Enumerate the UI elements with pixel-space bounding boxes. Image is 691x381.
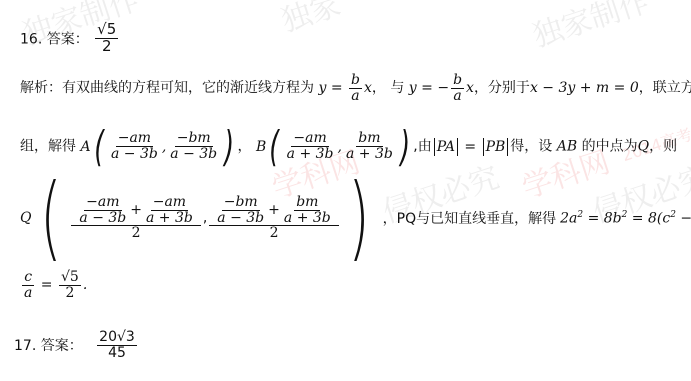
q17-answer: 17. 答案： 20√3 45 — [14, 330, 139, 360]
line2-mid: 由 — [418, 139, 432, 155]
q17-fraction: 20√3 45 — [97, 330, 137, 360]
q17-label: 17. 答案： — [14, 338, 83, 354]
point-Q-label: Q — [638, 139, 649, 155]
asymptote-2: y = −bax — [409, 80, 474, 96]
conj: 与 — [390, 80, 404, 96]
q16-label: 16. 答案： — [20, 31, 89, 47]
abs-equation: PA = PB — [432, 139, 511, 155]
midpoint-text: 的中点为 — [582, 139, 638, 155]
watermark: 独家制作 — [526, 0, 654, 55]
equation-chain: 2a2 = 8b2 = 8(c2 − a2) — [560, 210, 691, 227]
q-y-coord: −bma − 3b+bma + 3b 2 — [209, 195, 338, 241]
point-B: B(−ama + 3b,bma + 3b) — [256, 139, 413, 155]
q17-denominator: 45 — [106, 346, 128, 361]
q16-denominator: 2 — [100, 39, 114, 55]
line3-mid: PQ与已知直线垂直，解得 — [397, 208, 556, 228]
line1-suffix: ，分别于 — [474, 80, 530, 96]
line1-end: ，联立方程 — [639, 80, 691, 96]
q16-answer: 16. 答案： √5 2 — [20, 22, 120, 55]
analysis-prefix: 解析：有双曲线的方程可知，它的渐近线方程为 — [20, 80, 314, 96]
line2-suffix: 得，设 — [510, 139, 552, 155]
segment-AB: AB — [557, 139, 577, 155]
q-x-coord: −ama − 3b+−ama + 3b 2 — [71, 195, 200, 241]
conclusion: ca = √52. — [20, 270, 87, 300]
q16-fraction: √5 2 — [95, 22, 118, 55]
point-A: A(−ama − 3b,−bma − 3b) — [80, 139, 237, 155]
line2-prefix: 组，解得 — [20, 139, 76, 155]
big-paren-right: ) — [348, 178, 370, 258]
line-equation: x − 3y + m = 0 — [530, 80, 639, 96]
analysis-line-1: 解析：有双曲线的方程可知，它的渐近线方程为 y = bax， 与 y = −ba… — [20, 73, 691, 103]
asymptote-1: y = bax — [318, 80, 371, 96]
q17-numerator: 20√3 — [97, 330, 137, 346]
analysis-line-3: Q ( −ama − 3b+−ama + 3b 2 , −bma − 3b+bm… — [20, 178, 691, 258]
watermark: 独家 — [275, 0, 346, 40]
big-paren-left: ( — [41, 178, 63, 258]
point-Q: Q — [20, 210, 31, 226]
then-text: ，则 — [649, 139, 677, 155]
